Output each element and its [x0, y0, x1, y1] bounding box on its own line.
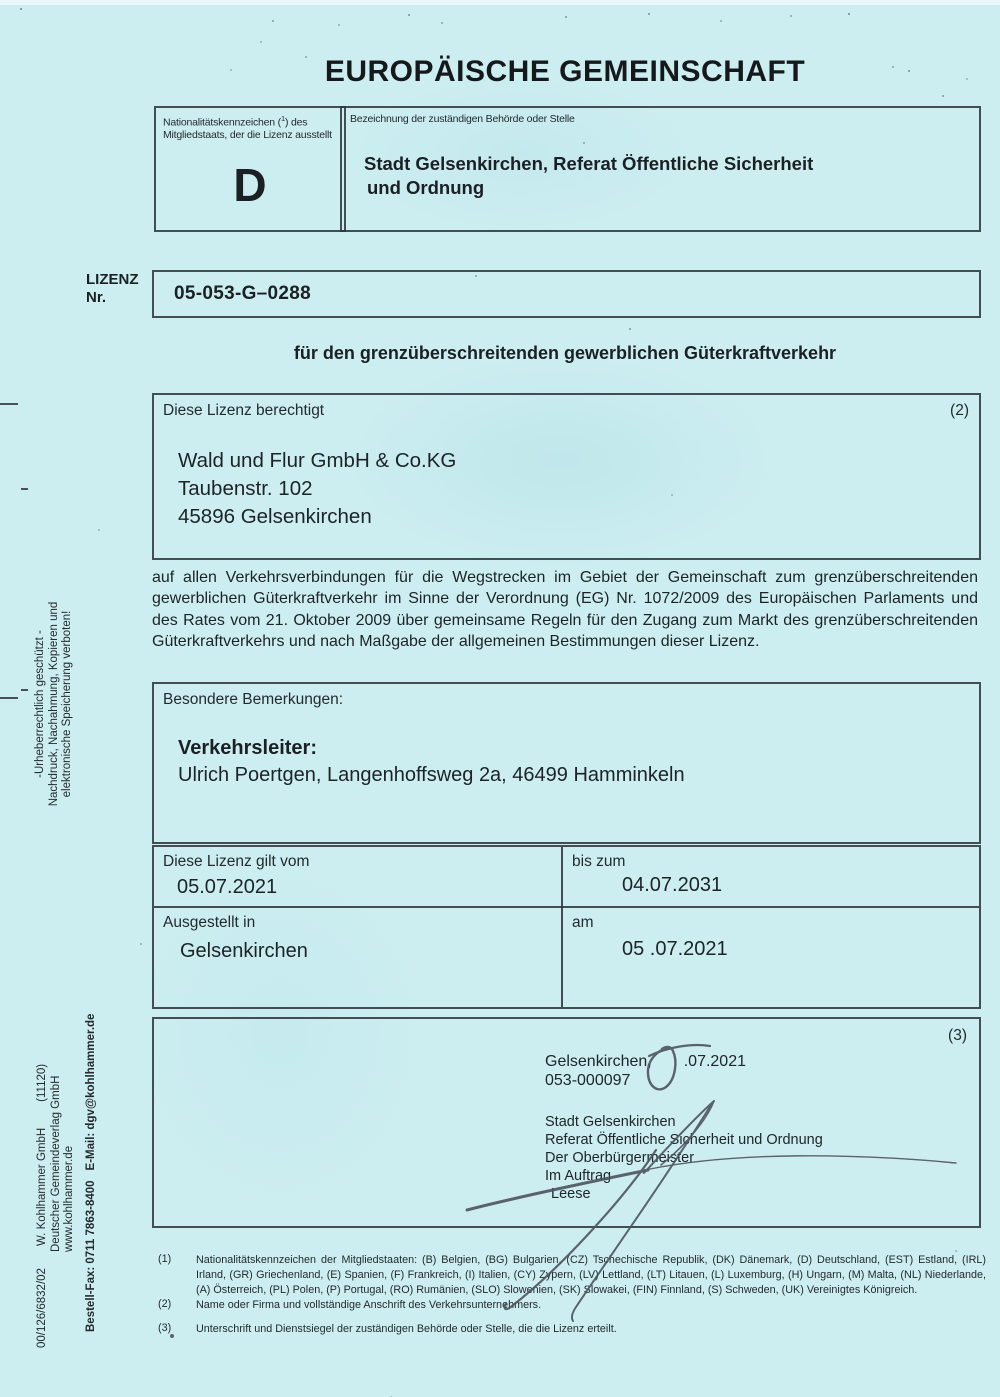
footnote-1-marker: (1) [158, 1253, 196, 1298]
page-title: EUROPÄISCHE GEMEINSCHAFT [152, 55, 978, 89]
issued-on-label: am [572, 914, 594, 932]
copyright-line-1: -Urheberrechtlich geschützt - [34, 590, 48, 818]
signature-date-suffix: .07.2021 [684, 1053, 746, 1070]
imprint-publisher: W. Kohlhammer GmbH [36, 1128, 48, 1246]
copyright-line-2: Nachdruck, Nachahmung, Kopieren und [48, 590, 62, 818]
authority-box: Bezeichnung der zuständigen Behörde oder… [340, 106, 981, 232]
signature-authority-lines: Stadt Gelsenkirchen Referat Öffentliche … [545, 1113, 823, 1203]
holder-ref-mark: (2) [950, 402, 969, 420]
holder-city: 45896 Gelsenkirchen [178, 503, 456, 531]
holder-company-name: Wald und Flur GmbH & Co.KG [178, 447, 456, 475]
scan-top-edge [0, 0, 1000, 5]
footnote-2-text: Name oder Firma und vollständige Anschri… [196, 1298, 541, 1313]
footnote-2-marker: (2) [158, 1298, 196, 1313]
valid-from-label: Diese Lizenz gilt vom [163, 853, 309, 871]
scanned-license-document: EUROPÄISCHE GEMEINSCHAFT Nationalitätske… [0, 0, 1000, 1397]
imprint-order-contact: Bestell-Fax: 0711 7863-8400E-Mail: dgv@k… [85, 1014, 99, 1348]
license-number-label: LIZENZ Nr. [86, 271, 139, 306]
validity-grid: Diese Lizenz gilt vom 05.07.2021 bis zum… [152, 845, 981, 1009]
holder-address: Wald und Flur GmbH & Co.KG Taubenstr. 10… [178, 447, 456, 531]
sidebar-publisher-imprint: 00/126/6832/02W. Kohlhammer GmbH(11120) … [36, 1014, 98, 1348]
footnote-2: (2) Name oder Firma und vollständige Ans… [158, 1298, 986, 1313]
imprint-order-fax: Bestell-Fax: 0711 7863-8400 [85, 1180, 97, 1332]
nationality-label: Nationalitätskennzeichen (1) des Mitglie… [163, 113, 332, 142]
issued-in-value: Gelsenkirchen [180, 940, 308, 963]
signature-on-behalf: Im Auftrag [545, 1167, 823, 1185]
fold-mark-top-line [0, 403, 18, 405]
validity-row-divider [154, 906, 979, 908]
imprint-publisher2: Deutscher Gemeindeverlag GmbH [50, 1014, 64, 1348]
copyright-line-3: elektronische Speicherung verboten! [61, 590, 75, 818]
holder-label: Diese Lizenz berechtigt [163, 402, 324, 420]
footnote-3-marker: (3) [158, 1322, 196, 1337]
signature-authority: Stadt Gelsenkirchen [545, 1113, 823, 1131]
imprint-order-email: E-Mail: dgv@kohlhammer.de [85, 1014, 97, 1171]
issued-on-value: 05 .07.2021 [622, 938, 728, 961]
imprint-print-code: (11120) [36, 1064, 48, 1102]
signature-box: (3) Gelsenkirchen,.07.2021 053-000097 St… [152, 1017, 981, 1228]
signature-mayor: Der Oberbürgermeister [545, 1149, 823, 1167]
transport-manager-label: Verkehrsleiter: [178, 737, 317, 760]
imprint-website: www.kohlhammer.de [63, 1014, 77, 1348]
nationality-value: D [156, 158, 344, 212]
license-number-box: 05-053-G–0288 [152, 270, 981, 318]
license-number-value: 05-053-G–0288 [174, 283, 311, 305]
validity-col-divider [561, 847, 563, 1007]
sidebar-copyright-notice: -Urheberrechtlich geschützt - Nachdruck,… [34, 590, 75, 818]
signature-file-number: 053-000097 [545, 1072, 630, 1090]
footnote-1: (1) Nationalitätskennzeichen der Mitglie… [158, 1253, 986, 1298]
valid-to-label: bis zum [572, 853, 625, 871]
fold-mark-mid-line [0, 697, 18, 699]
signature-place: Gelsenkirchen, [545, 1053, 652, 1070]
footnote-1-text: Nationalitätskennzeichen der Mitgliedsta… [196, 1253, 986, 1298]
holder-street: Taubenstr. 102 [178, 475, 456, 503]
fold-mark-top-tick [21, 488, 28, 490]
nationality-box: Nationalitätskennzeichen (1) des Mitglie… [154, 106, 346, 232]
imprint-line-1: 00/126/6832/02W. Kohlhammer GmbH(11120) [36, 1014, 50, 1348]
issued-in-label: Ausgestellt in [163, 914, 255, 932]
imprint-form-number: 00/126/6832/02 [36, 1268, 48, 1348]
signature-ref-mark: (3) [948, 1027, 967, 1045]
fold-mark-mid-tick [21, 689, 28, 691]
scan-speckles [20, 8, 22, 10]
footnote-3: (3) Unterschrift und Dienstsiegel der zu… [158, 1322, 986, 1337]
valid-to-value: 04.07.2031 [622, 874, 722, 897]
authority-value: Stadt Gelsenkirchen, Referat Öffentliche… [364, 152, 813, 199]
license-body-paragraph: auf allen Verkehrsverbindungen für die W… [152, 567, 978, 652]
remarks-label: Besondere Bemerkungen: [163, 691, 343, 709]
license-holder-box: Diese Lizenz berechtigt (2) Wald und Flu… [152, 393, 981, 560]
footnote-3-text: Unterschrift und Dienstsiegel der zustän… [196, 1322, 617, 1337]
authority-label: Bezeichnung der zuständigen Behörde oder… [350, 113, 575, 126]
signature-department: Referat Öffentliche Sicherheit und Ordnu… [545, 1131, 823, 1149]
transport-manager-value: Ulrich Poertgen, Langenhoffsweg 2a, 4649… [178, 764, 685, 787]
valid-from-value: 05.07.2021 [177, 876, 277, 899]
remarks-box: Besondere Bemerkungen: Verkehrsleiter: U… [152, 682, 981, 844]
signature-signer-name: Leese [545, 1185, 823, 1203]
signature-place-date: Gelsenkirchen,.07.2021 [545, 1053, 746, 1071]
license-subtitle: für den grenzüberschreitenden gewerblich… [152, 343, 978, 364]
